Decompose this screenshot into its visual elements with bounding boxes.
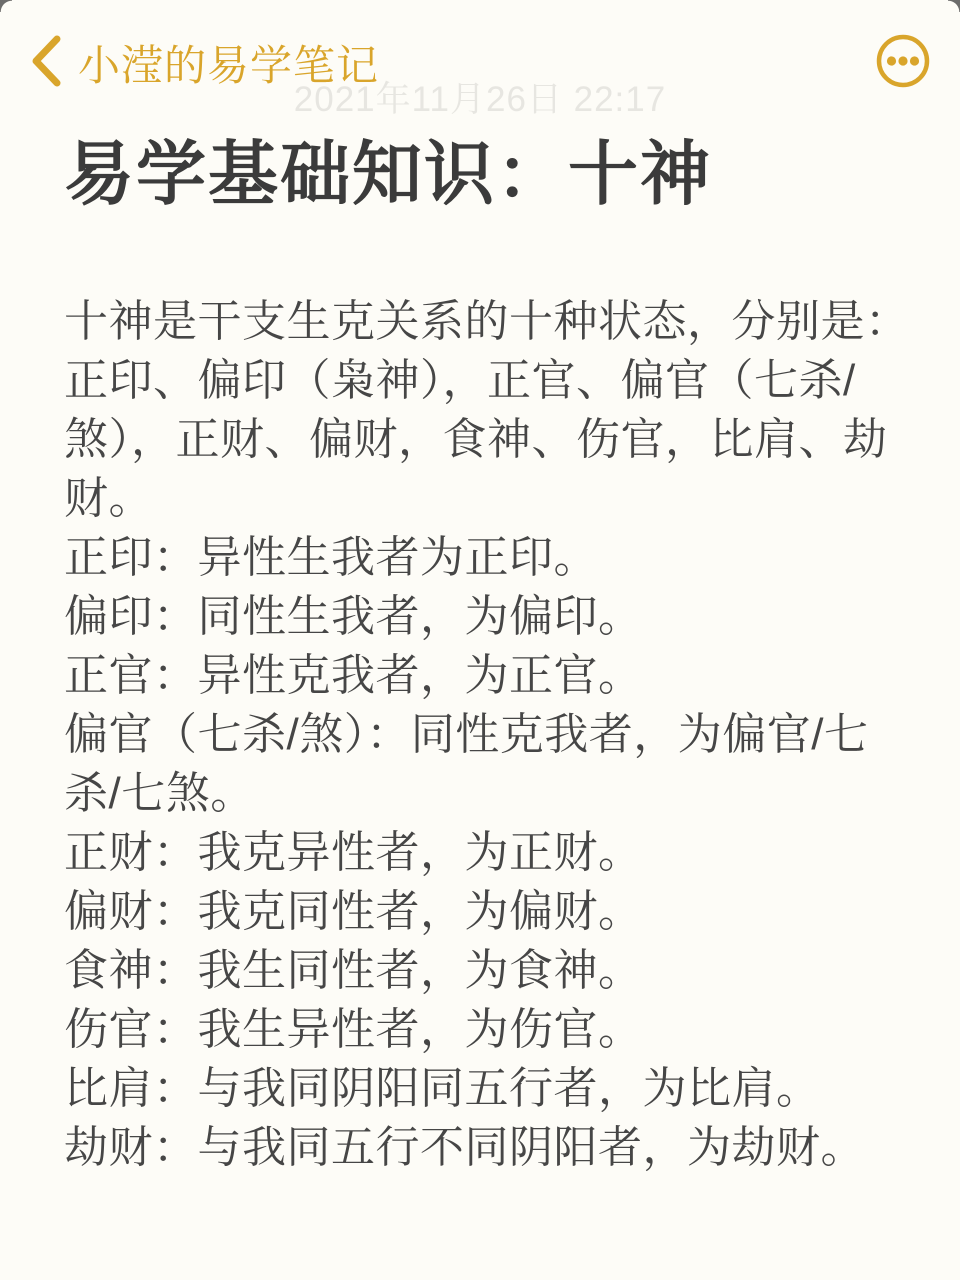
body-line: 食神：我生同性者，为食神。 bbox=[64, 941, 912, 1000]
body-line: 比肩：与我同阴阳同五行者，为比肩。 bbox=[64, 1059, 912, 1118]
body-line: 正印、偏印（枭神），正官、偏官（七杀/ bbox=[64, 351, 912, 410]
note-body: 十神是干支生克关系的十种状态，分别是： 正印、偏印（枭神），正官、偏官（七杀/ … bbox=[64, 292, 912, 1177]
chevron-left-icon bbox=[28, 34, 64, 93]
body-line: 财。 bbox=[64, 469, 912, 528]
body-line: 偏印：同性生我者，为偏印。 bbox=[64, 587, 912, 646]
ellipsis-circle-icon bbox=[874, 32, 932, 95]
body-line: 煞），正财、偏财，食神、伤官，比肩、劫 bbox=[64, 410, 912, 469]
note-content-area[interactable]: 易学基础知识：十神 十神是干支生克关系的十种状态，分别是： 正印、偏印（枭神），… bbox=[64, 126, 912, 1177]
screen-corner-top-left bbox=[0, 0, 12, 12]
body-line: 十神是干支生克关系的十种状态，分别是： bbox=[64, 292, 912, 351]
body-line: 正印：异性生我者为正印。 bbox=[64, 528, 912, 587]
back-button-label: 小滢的易学笔记 bbox=[78, 33, 379, 93]
note-title: 易学基础知识：十神 bbox=[64, 126, 912, 222]
body-line: 偏官（七杀/煞）：同性克我者，为偏官/七 bbox=[64, 705, 912, 764]
screen-corner-top-right bbox=[948, 0, 960, 12]
body-line: 正财：我克异性者，为正财。 bbox=[64, 823, 912, 882]
body-line: 劫财：与我同五行不同阴阳者，为劫财。 bbox=[64, 1118, 912, 1177]
back-button[interactable]: 小滢的易学笔记 bbox=[28, 33, 379, 93]
more-options-button[interactable] bbox=[874, 34, 932, 92]
body-line: 偏财：我克同性者，为偏财。 bbox=[64, 882, 912, 941]
body-line: 杀/七煞。 bbox=[64, 764, 912, 823]
body-line: 正官：异性克我者，为正官。 bbox=[64, 646, 912, 705]
body-line: 伤官：我生异性者，为伤官。 bbox=[64, 1000, 912, 1059]
nav-header: 小滢的易学笔记 bbox=[28, 34, 932, 92]
